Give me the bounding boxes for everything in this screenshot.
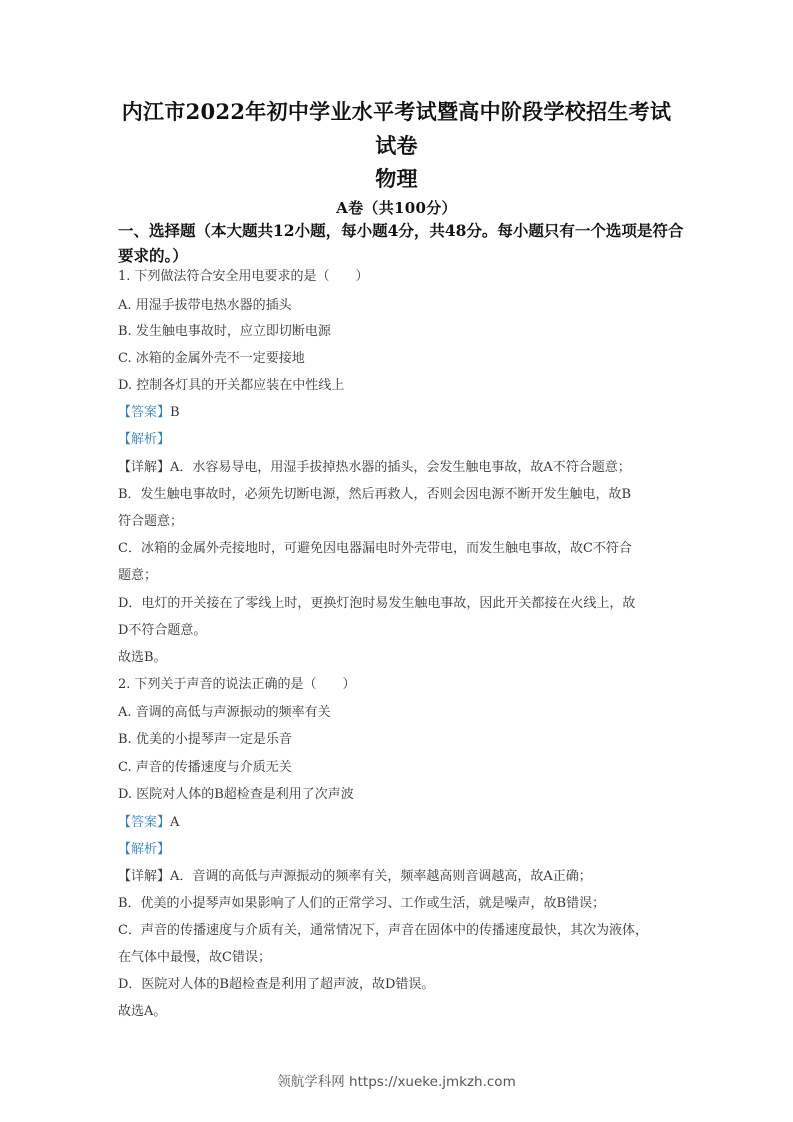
paper-part-heading: A卷（共100分） bbox=[0, 197, 793, 218]
question-1-detail-line: C．冰箱的金属外壳接地时，可避免因电器漏电时外壳带电，而发生触电事故，故C不符合 bbox=[118, 540, 632, 558]
question-1-option-b: B. 发生触电事故时，应立即切断电源 bbox=[118, 323, 331, 341]
question-1-answer: 【答案】B bbox=[118, 404, 180, 422]
question-1-stem: 1. 下列做法符合安全用电要求的是（ ） bbox=[118, 268, 369, 286]
question-1-option-c: C. 冰箱的金属外壳不一定要接地 bbox=[118, 350, 305, 368]
answer-value: A bbox=[170, 815, 179, 830]
question-2-option-b: B. 优美的小提琴声一定是乐音 bbox=[118, 731, 292, 749]
answer-label: 【答案】 bbox=[118, 815, 170, 830]
question-2-answer: 【答案】A bbox=[118, 814, 179, 832]
question-2-option-c: C. 声音的传播速度与介质无关 bbox=[118, 759, 292, 777]
question-2-detail-line: 在气体中最慢，故C错误； bbox=[118, 949, 271, 967]
exam-title-continued: 试卷 bbox=[0, 130, 793, 160]
question-1-detail-line: D不符合题意。 bbox=[118, 622, 206, 640]
question-1-detail-line: B．发生触电事故时，必须先切断电源，然后再救人，否则会因电源不断开发生触电，故B bbox=[118, 486, 631, 504]
section-heading: 一、选择题（本大题共12小题，每小题4分，共48分。每小题只有一个选项是符合要求… bbox=[118, 218, 698, 268]
question-2-option-a: A. 音调的高低与声源振动的频率有关 bbox=[118, 704, 331, 722]
question-1-detail-line: 符合题意； bbox=[118, 513, 183, 531]
answer-value: B bbox=[170, 405, 180, 420]
question-1-option-d: D. 控制各灯具的开关都应装在中性线上 bbox=[118, 377, 344, 395]
question-1-conclusion: 故选B。 bbox=[118, 649, 167, 667]
question-1-analysis-label: 【解析】 bbox=[118, 431, 170, 449]
footer-watermark: 领航学科网 https://xueke.jmkzh.com bbox=[0, 1070, 793, 1090]
question-1-detail-line: 题意； bbox=[118, 567, 157, 585]
subject-title: 物理 bbox=[0, 163, 793, 193]
exam-title: 内江市2022年初中学业水平考试暨高中阶段学校招生考试 bbox=[0, 96, 793, 126]
question-1-detail-line: D．电灯的开关接在了零线上时，更换灯泡时易发生触电事故，因此开关都接在火线上，故 bbox=[118, 595, 635, 613]
question-2-option-d: D. 医院对人体的B超检查是利用了次声波 bbox=[118, 786, 354, 804]
question-1-detail-line: 【详解】A．水容易导电，用湿手拔掉热水器的插头，会发生触电事故，故A不符合题意； bbox=[118, 459, 631, 477]
question-2-detail-line: C．声音的传播速度与介质有关，通常情况下，声音在固体中的传播速度最快，其次为液体… bbox=[118, 922, 648, 940]
question-2-conclusion: 故选A。 bbox=[118, 1003, 166, 1021]
question-2-detail-line: B．优美的小提琴声如果影响了人们的正常学习、工作或生活，就是噪声，故B错误； bbox=[118, 895, 605, 913]
document-page: 内江市2022年初中学业水平考试暨高中阶段学校招生考试 试卷 物理 A卷（共10… bbox=[0, 0, 793, 1122]
question-2-stem: 2. 下列关于声音的说法正确的是（ ） bbox=[118, 676, 356, 694]
question-1-option-a: A. 用湿手拔带电热水器的插头 bbox=[118, 297, 292, 315]
question-2-analysis-label: 【解析】 bbox=[118, 841, 170, 859]
answer-label: 【答案】 bbox=[118, 405, 170, 420]
question-2-detail-line: 【详解】A．音调的高低与声源振动的频率有关，频率越高则音调越高，故A正确； bbox=[118, 868, 592, 886]
question-2-detail-line: D．医院对人体的B超检查是利用了超声波，故D错误。 bbox=[118, 976, 434, 994]
